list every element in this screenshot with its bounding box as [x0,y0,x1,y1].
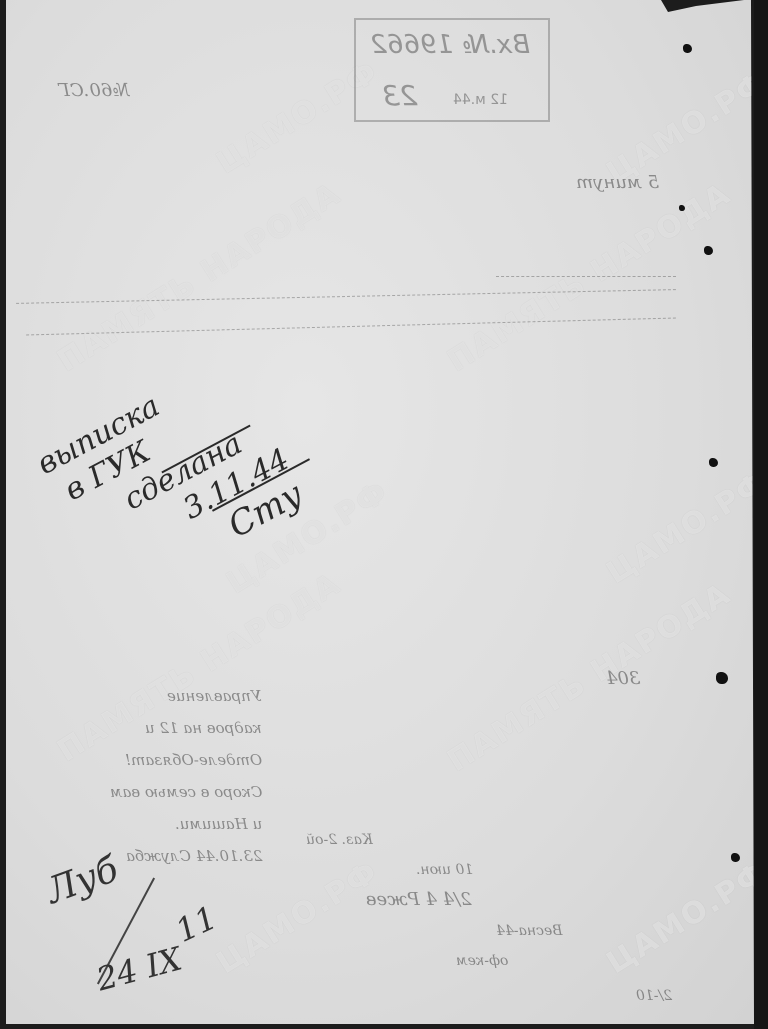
bottom-mid-mark: 11 [170,898,223,950]
punch-hole [716,672,728,684]
watermark-tsamo: ЦАМО.РФ [601,464,768,591]
bottom-note-line: 2/4 4 Ржев [366,885,472,915]
table-rule [496,276,676,277]
bleed-line: кадров на 12 и [145,712,262,744]
punch-hole [709,458,718,467]
watermark-pamyat: ПАМЯТЬ НАРОДА [52,176,348,379]
watermark-pamyat: ПАМЯТЬ НАРОДА [442,576,738,779]
watermark-pamyat: ПАМЯТЬ НАРОДА [442,176,738,379]
bleed-line: и Нашими. [175,808,262,840]
punch-hole [683,44,692,53]
bottom-note-line: Весна-44 [496,916,563,946]
bleed-line: Управление [167,680,262,712]
document-sheet: ЦАМО.РФ ЦАМО.РФ ПАМЯТЬ НАРОДА ПАМЯТЬ НАР… [6,0,754,1024]
right-margin-note: 304 [606,668,640,689]
stamp-number: Вх.№ 19662 [370,30,530,60]
punch-hole [704,246,713,255]
bleed-line: Скоро в семью вам [110,776,262,808]
bottom-right-mark: 2/-10 [636,988,672,1004]
bottom-note-line: 10 июн. [416,855,473,885]
watermark-tsamo: ЦАМО.РФ [601,854,768,981]
punch-hole [731,853,740,862]
registration-stamp: Вх.№ 19662 12 м.44 23 [354,18,550,122]
stamp-day: 23 [382,79,418,112]
stamp-date: 12 м.44 [453,92,508,108]
scan-border [754,0,768,1029]
bottom-note-line: оф-кем [456,946,508,976]
top-left-note: №60.СГ [58,80,129,101]
bleed-line: 23.10.44 Служба [126,840,262,872]
bottom-note-line: Каз. 2-ой [306,825,373,855]
right-faint-note: 5 минут [576,172,659,193]
bottom-left-date: 24 IX [93,939,186,998]
punch-hole [679,205,685,211]
bottom-mirrored-notes: Каз. 2-ой 10 июн. 2/4 4 Ржев Весна-44 оф… [306,825,563,976]
bleed-line: Отделе-Обязат! [125,744,262,776]
bleed-through-block: Управление кадров на 12 и Отделе-Обязат!… [22,680,262,872]
